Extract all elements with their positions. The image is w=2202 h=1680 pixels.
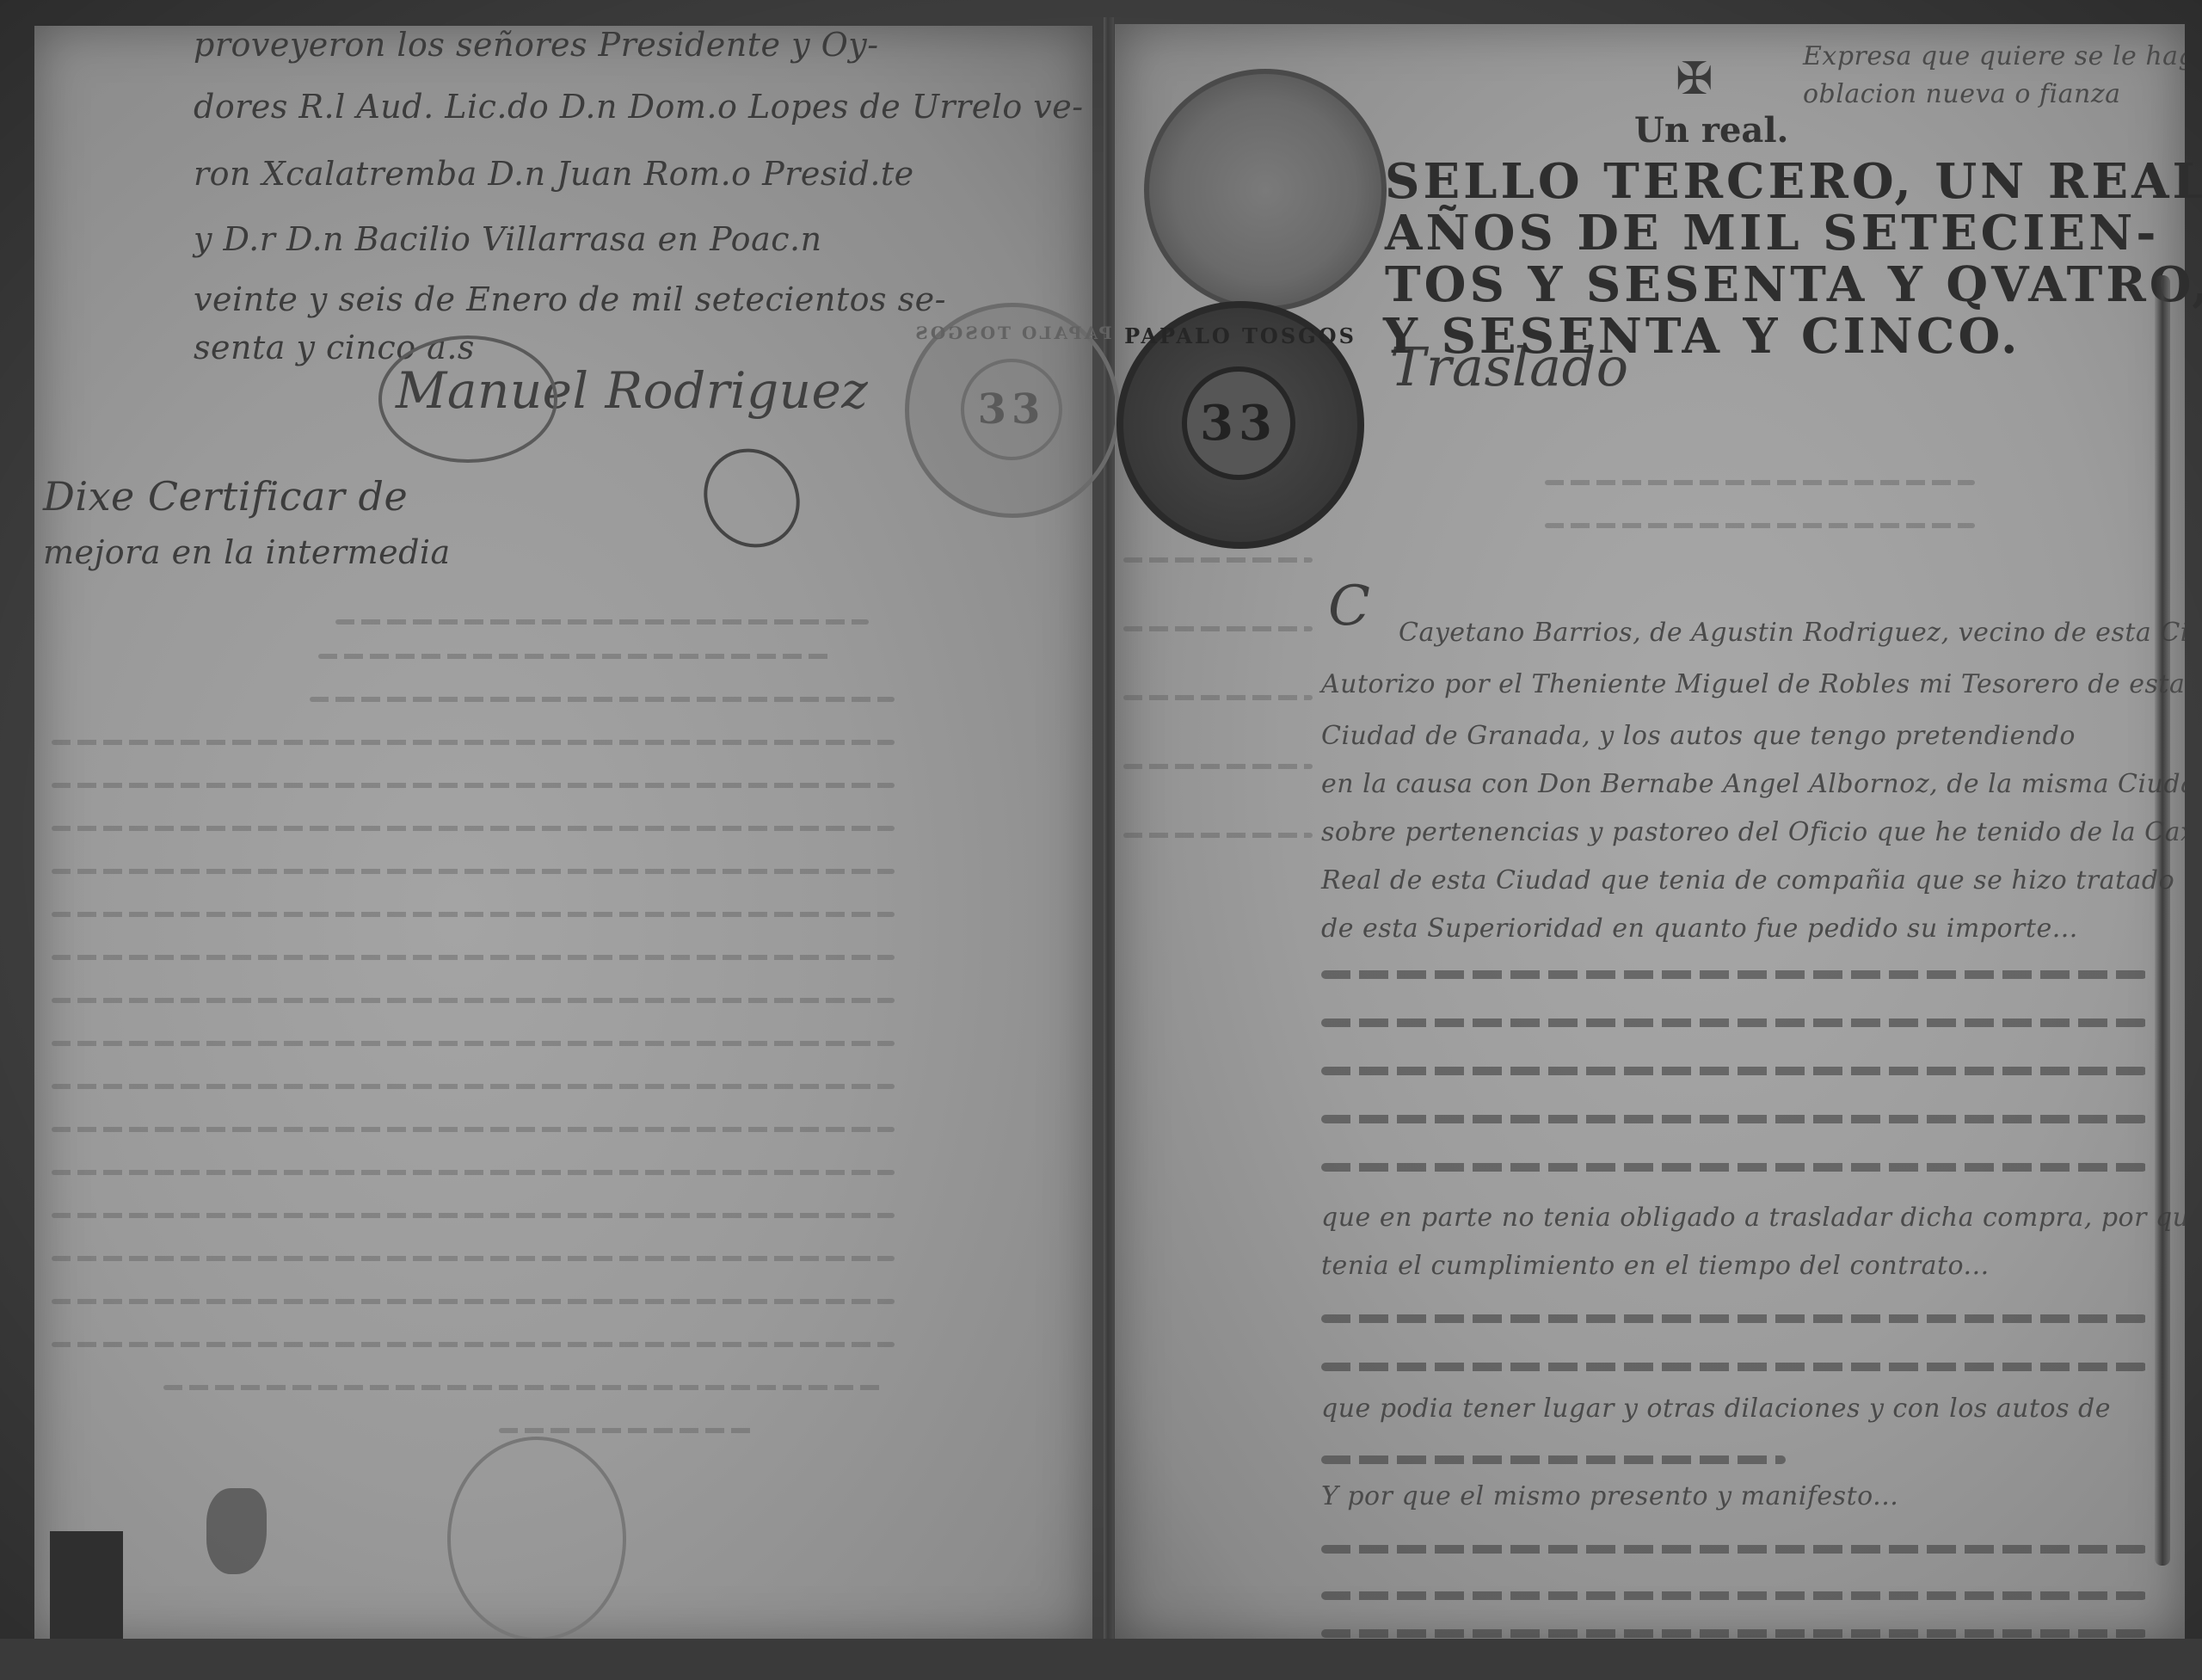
body-line-6: Real de esta Ciudad que tenia de compañi… <box>1321 865 2174 895</box>
bleed-through-line <box>1545 480 1975 485</box>
printed-heading-line-2: AÑOS DE MIL SETECIEN- <box>1385 206 2160 260</box>
bleed-through-line <box>52 740 895 745</box>
bleed-through-line <box>1123 557 1313 563</box>
bleed-through-line <box>52 998 895 1003</box>
bleed-through-line <box>52 1299 895 1304</box>
bleed-through-line <box>52 955 895 960</box>
printed-heading-line-3: TOS Y SESENTA Y QVATRO, <box>1385 258 2202 311</box>
bleed-through-line <box>52 1256 895 1261</box>
bleed-through-line <box>52 1213 895 1218</box>
initial-capital: C <box>1328 575 1370 638</box>
manuscript-line <box>1321 1163 2147 1172</box>
printed-heading-line-1: SELLO TERCERO, UN REAL, <box>1385 155 2202 208</box>
manuscript-line <box>1321 1629 2147 1638</box>
bleed-through-line <box>52 869 895 874</box>
signature-flourish-oval <box>378 335 557 463</box>
page-gutter <box>1104 17 1114 1652</box>
manuscript-line <box>1321 1314 2147 1323</box>
body-line-10: que en parte no tenia obligado a traslad… <box>1321 1203 2185 1233</box>
bleed-through-line <box>1123 833 1313 838</box>
left-text-line-5: veinte y seis de Enero de mil seteciento… <box>194 280 946 318</box>
manuscript-line <box>1321 1545 2147 1554</box>
body-line-5: sobre pertenencias y pastoreo del Oficio… <box>1321 817 2185 847</box>
gutter-seal: PAPALO TOSGOS 33 <box>1116 301 1364 549</box>
seal-ring-text: PAPALO TOSGOS <box>909 323 1116 343</box>
top-right-note-line-1: Expresa que quiere se le haga <box>1803 41 2185 71</box>
printed-heading-line-4: Y SESENTA Y CINCO. <box>1383 310 2021 363</box>
body-line-16: Y por que el mismo presento y manifesto.… <box>1321 1481 1898 1511</box>
seal-ring-text: PAPALO TOSGOS <box>1123 323 1357 348</box>
bleed-through-line <box>52 1342 895 1347</box>
bleed-through-line <box>335 619 869 625</box>
body-line-4: en la causa con Don Bernabe Angel Alborn… <box>1321 769 2185 799</box>
margin-note-line-1: Dixe Certificar de <box>43 473 408 520</box>
left-text-line-4: y D.r D.n Bacilio Villarrasa en Poac.n <box>194 220 822 258</box>
manuscript-line <box>1321 1455 1786 1464</box>
ink-stain <box>206 1488 267 1574</box>
body-line-1: Cayetano Barrios, de Agustin Rodriguez, … <box>1399 618 2185 648</box>
bleed-through-line <box>52 783 895 788</box>
seal-inner-number: 33 <box>1182 366 1295 480</box>
bleed-through-line <box>1123 626 1313 631</box>
manuscript-line <box>1321 1115 2147 1123</box>
bleed-through-line <box>52 1170 895 1175</box>
left-text-line-2: dores R.l Aud. Lic.do D.n Dom.o Lopes de… <box>194 88 1084 126</box>
bleed-through-line <box>1123 764 1313 769</box>
body-line-2: Autorizo por el Theniente Miguel de Robl… <box>1321 669 2185 699</box>
manuscript-line <box>1321 970 2147 979</box>
bleed-through-line <box>52 912 895 917</box>
stamp-price: Un real. <box>1634 110 1788 151</box>
scan-bottom-edge <box>0 1639 2202 1680</box>
bleed-through-line <box>52 1041 895 1046</box>
bleed-through-line <box>52 1084 895 1089</box>
body-line-14: que podia tener lugar y otras dilaciones… <box>1321 1394 2111 1424</box>
binding-tab <box>50 1531 123 1643</box>
page-edge-shadow <box>2155 275 2170 1566</box>
left-page: proveyeron los señores Presidente y Oy- … <box>34 26 1092 1643</box>
manuscript-line <box>1321 1591 2147 1600</box>
manuscript-line <box>1321 1067 2147 1075</box>
cross-symbol: ✠ <box>1676 53 1713 105</box>
faint-rubric-flourish <box>447 1437 626 1641</box>
mirrored-seal-offset: PAPALO TOSGOS 33 <box>905 303 1120 518</box>
body-line-11: tenia el cumplimiento en el tiempo del c… <box>1321 1251 1990 1281</box>
left-text-line-3: ron Xcalatremba D.n Juan Rom.o Presid.te <box>194 155 914 193</box>
body-line-3: Ciudad de Granada, y los autos que tengo… <box>1321 721 2076 751</box>
bleed-through-line <box>310 697 895 702</box>
bleed-through-line <box>163 1385 886 1390</box>
bleed-through-line <box>318 654 834 659</box>
manuscript-line <box>1321 1018 2147 1027</box>
body-line-7: de esta Superioridad en quanto fue pedid… <box>1321 914 2078 944</box>
margin-note-line-2: mejora en la intermedia <box>43 533 451 571</box>
bleed-through-line <box>1545 523 1975 528</box>
left-text-line-1: proveyeron los señores Presidente y Oy- <box>194 26 879 64</box>
bleed-through-line <box>1123 695 1313 700</box>
royal-arms-seal <box>1144 69 1387 311</box>
bleed-through-line <box>499 1428 757 1433</box>
seal-inner-number: 33 <box>961 359 1062 460</box>
manuscript-line <box>1321 1363 2147 1371</box>
bleed-through-line <box>52 826 895 831</box>
bleed-through-line <box>52 1127 895 1132</box>
signature-block: Manuel Rodriguez <box>378 327 912 533</box>
top-right-note-line-2: oblacion nueva o fianza <box>1803 79 2121 109</box>
